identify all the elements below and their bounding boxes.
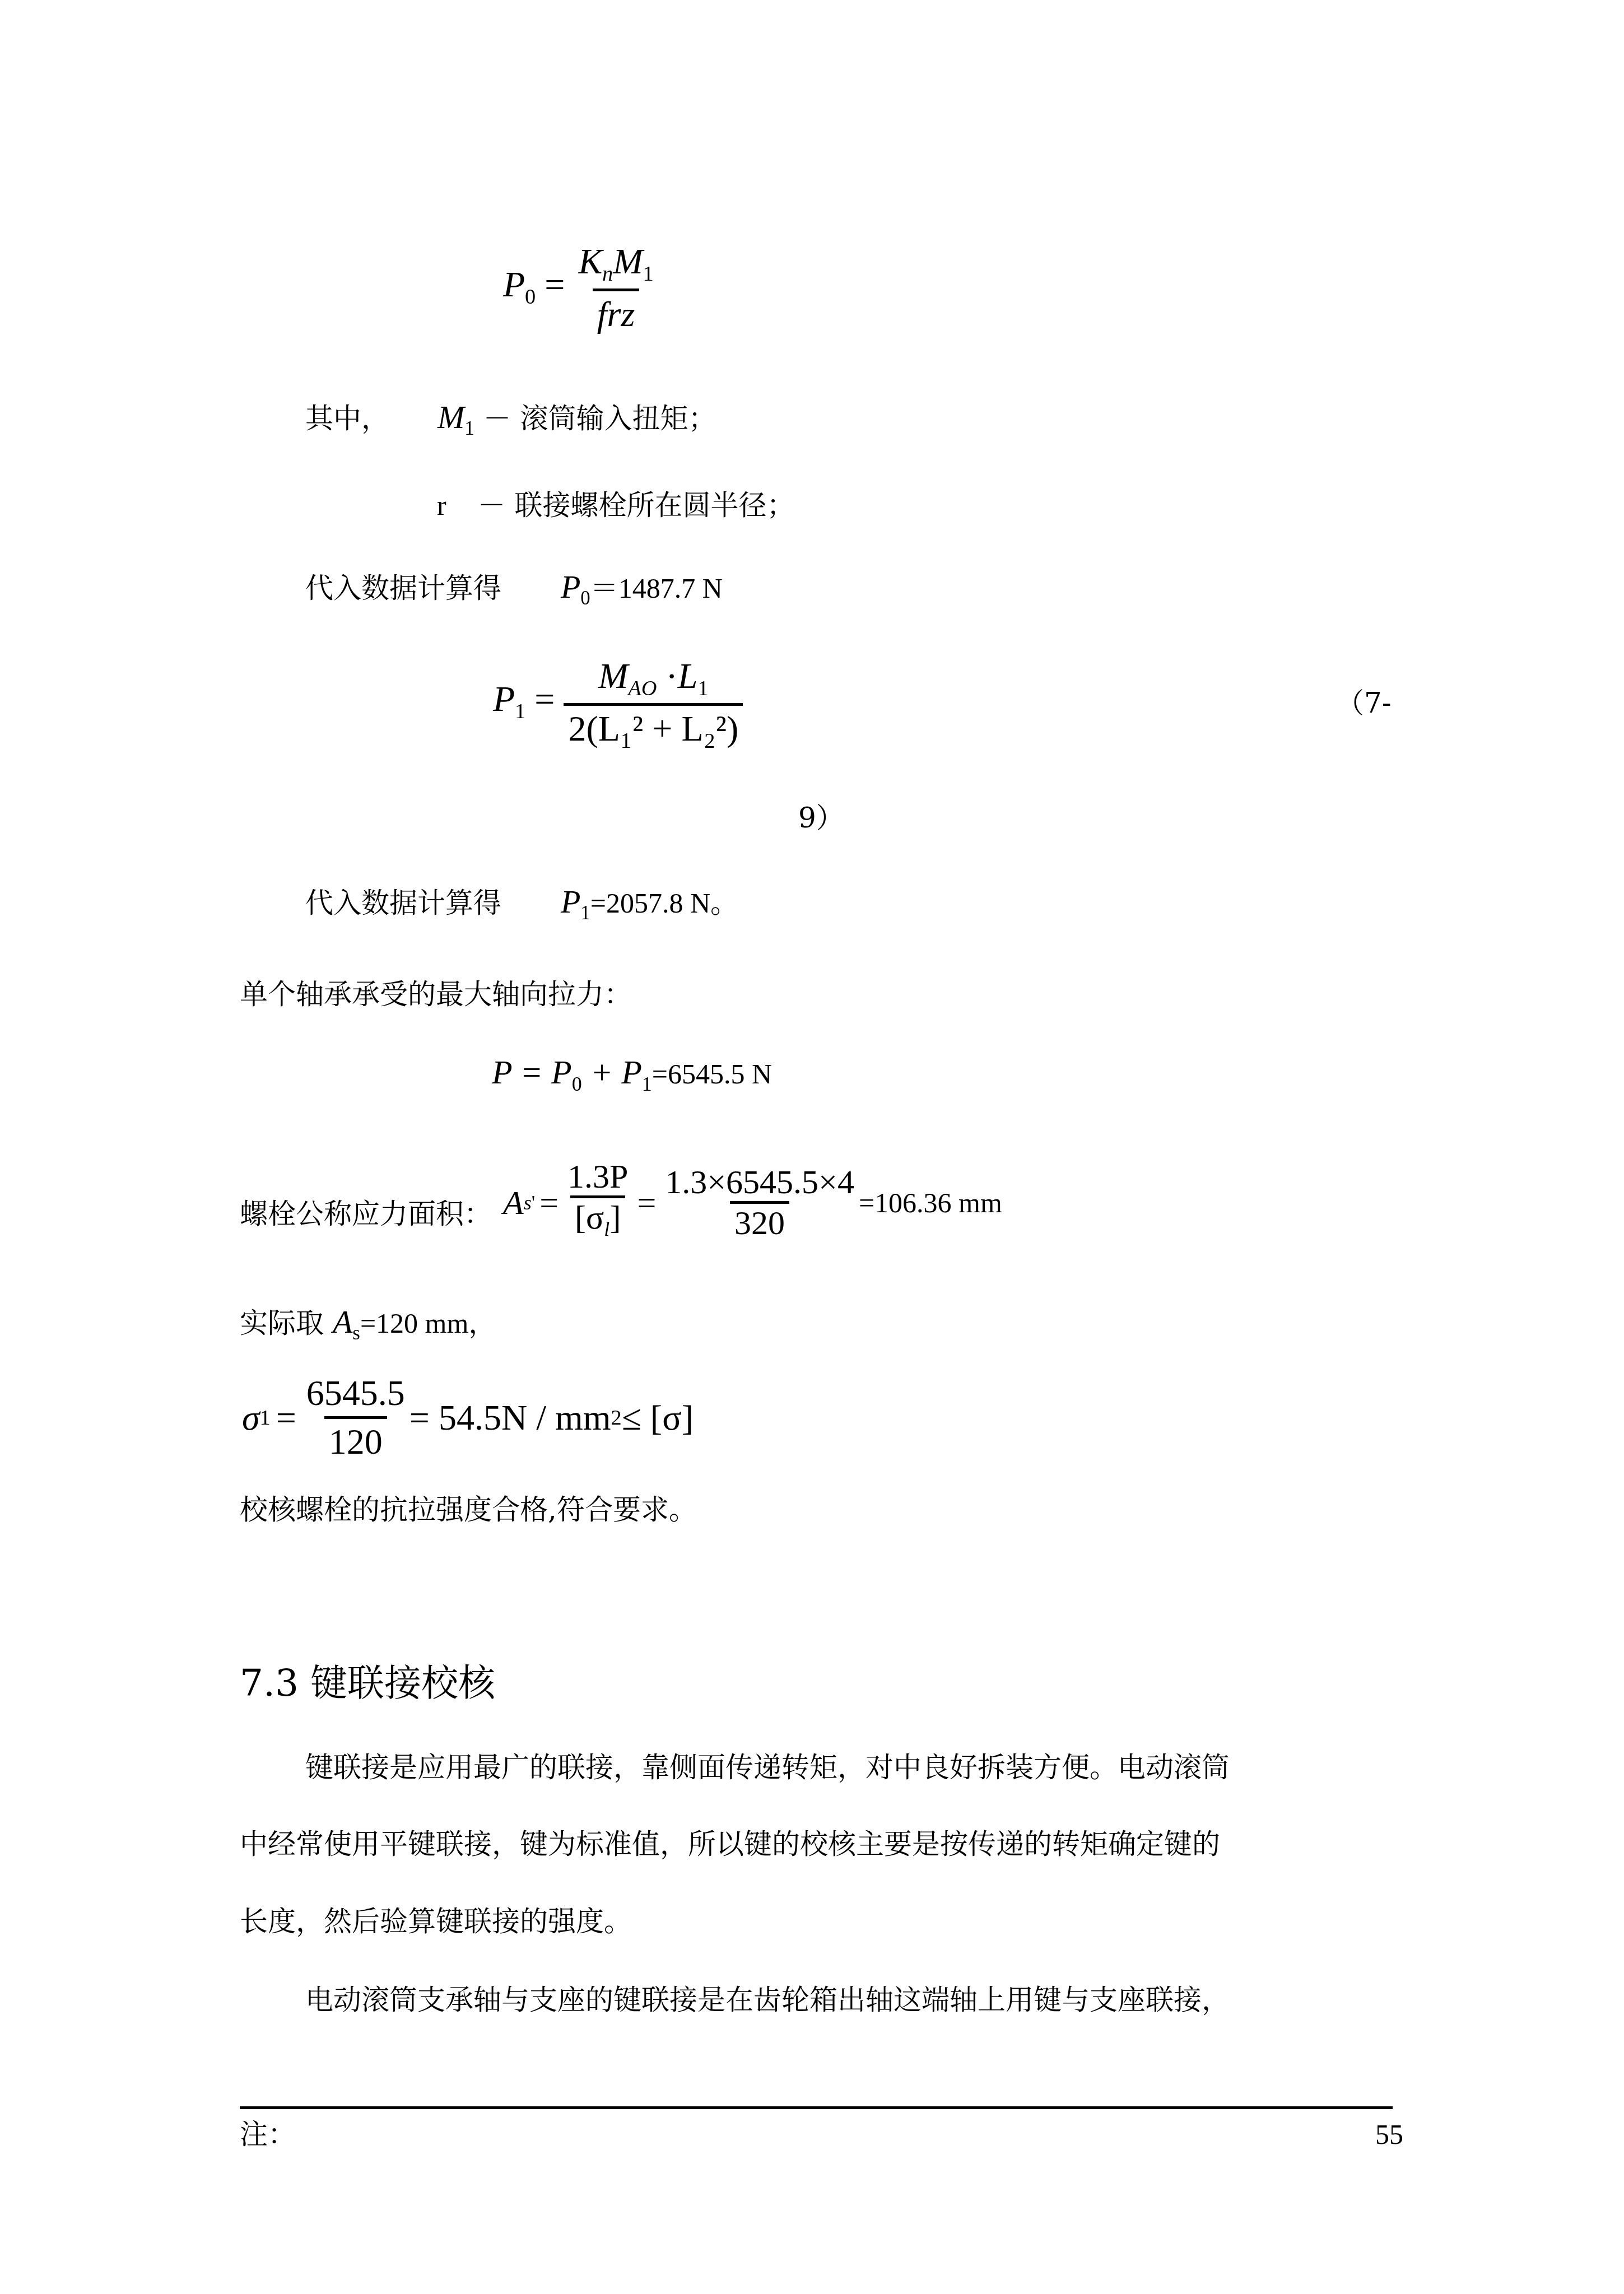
- footer-divider: [240, 2106, 1393, 2109]
- subscript: 0: [525, 285, 536, 309]
- denominator: 2(L₁² + L₂²): [564, 703, 743, 750]
- p1-value: =2057.8 N。: [590, 887, 738, 919]
- stress-area-line: 螺栓公称应力面积： As' = 1.3P [σl] = 1.3×6545.5×4…: [240, 1160, 1002, 1246]
- r-description: － 联接螺栓所在圆半径；: [478, 489, 795, 522]
- p-value: =6545.5 N: [652, 1058, 772, 1090]
- max-axial-label: 单个轴承承受的最大轴向拉力：: [240, 978, 632, 1011]
- sigma-formula: σ1 = 6545.5 120 = 54.5N / mm2 ≤ [σ]: [242, 1372, 694, 1463]
- paragraph-line-2: 中经常使用平键联接，键为标准值，所以键的校核主要是按传递的转矩确定键的: [240, 1827, 1220, 1861]
- formula-p0: P0 = KnM1 frz: [503, 241, 658, 335]
- stress-area-formula: As' = 1.3P [σl] = 1.3×6545.5×4 320 =106.…: [503, 1160, 1002, 1246]
- symbol-p1: P1: [561, 883, 590, 920]
- symbol-p0: P0: [561, 569, 590, 605]
- symbol-r: r: [437, 490, 446, 521]
- symbol-m1: M1: [438, 399, 474, 435]
- paragraph-line-4: 电动滚筒支承轴与支座的键联接是在齿轮箱出轴这端轴上用键与支座联接，: [305, 1983, 1230, 2017]
- stress-area-label: 螺栓公称应力面积：: [240, 1197, 492, 1231]
- calc-label: 代入数据计算得: [305, 572, 501, 604]
- page-number: 55: [1375, 2118, 1403, 2151]
- where-prefix: 其中，: [305, 402, 389, 435]
- section-heading: 7.3 键联接校核: [240, 1661, 495, 1706]
- p0-value: ＝1487.7 N: [590, 573, 723, 604]
- calc-p0-line: 代入数据计算得 P0＝1487.7 N: [305, 570, 723, 615]
- equation-number-part1: （7-: [1336, 686, 1392, 720]
- formula-p: P = P0 + P1=6545.5 N: [492, 1053, 772, 1096]
- where-m1-line: 其中， M1 － 滚筒输入扭矩；: [305, 401, 716, 445]
- calc-p1-line: 代入数据计算得 P1=2057.8 N。: [305, 885, 738, 930]
- paragraph-line-1: 键联接是应用最广的联接，靠侧面传递转矩，对中良好拆装方便。电动滚筒: [305, 1751, 1230, 1784]
- formula-p1: P1 = MAO ·L1 2(L₁² + L₂²): [493, 655, 743, 750]
- numerator: KnM1: [574, 241, 658, 289]
- where-r-line: r － 联接螺栓所在圆半径；: [437, 488, 794, 522]
- m1-description: － 滚筒输入扭矩；: [483, 402, 716, 435]
- conclusion-text: 校核螺栓的抗拉强度合格,符合要求。: [240, 1493, 697, 1527]
- fraction: MAO ·L1 2(L₁² + L₂²): [564, 655, 743, 750]
- footer-note-label: 注：: [240, 2118, 296, 2151]
- equals-sign: =: [545, 264, 565, 304]
- paragraph-line-3: 长度，然后验算键联接的强度。: [240, 1905, 632, 1938]
- equation-number-part2: 9）: [798, 801, 844, 835]
- actual-as-line: 实际取 As=120 mm，: [240, 1305, 496, 1350]
- symbol-p: P: [503, 264, 525, 304]
- fraction: KnM1 frz: [574, 241, 658, 335]
- actual-value: =120 mm，: [360, 1307, 496, 1339]
- numerator: MAO ·L1: [594, 655, 713, 703]
- stress-area-result: =106.36 mm: [859, 1186, 1002, 1220]
- denominator: frz: [593, 289, 640, 335]
